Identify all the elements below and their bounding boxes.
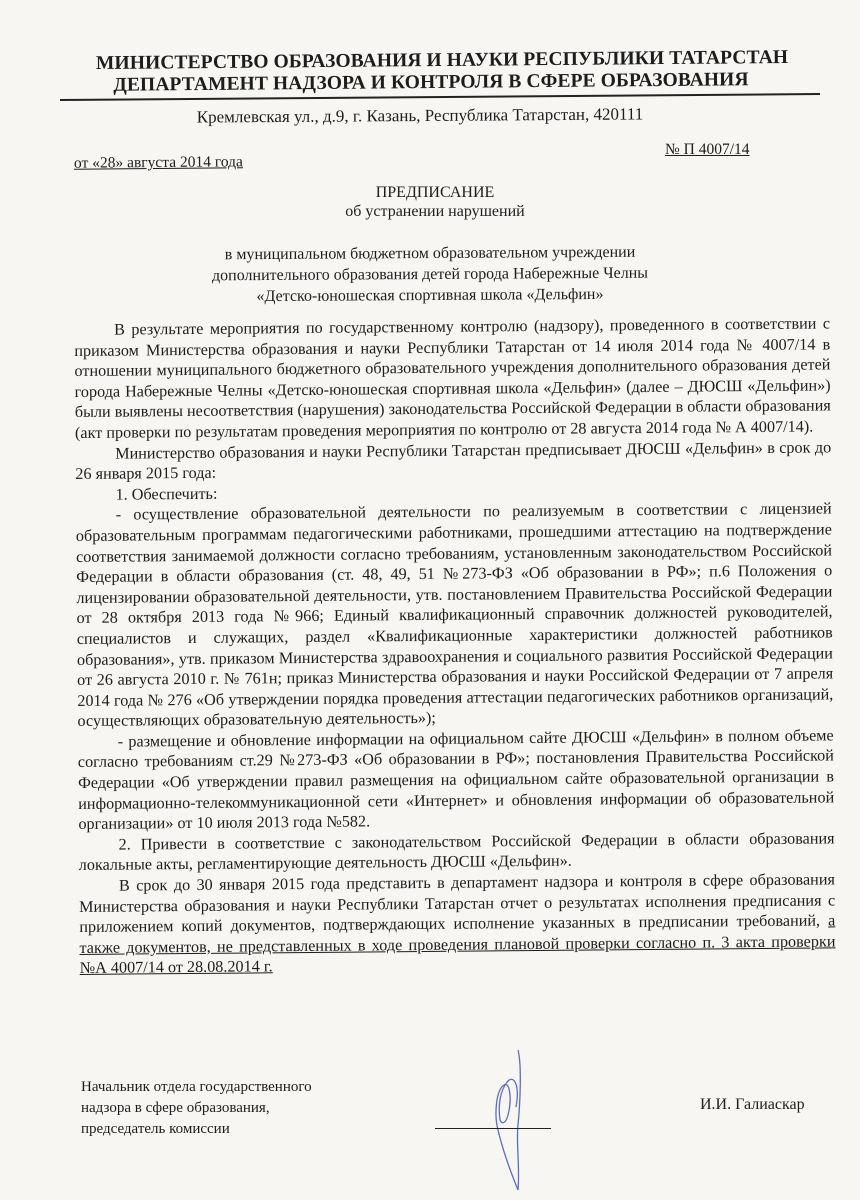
address: Кремлевская ул., д.9, г. Казань, Республ… — [140, 104, 700, 128]
signature-line — [435, 1128, 551, 1129]
signatory-position: Начальник отдела государственного надзор… — [81, 1077, 312, 1140]
institution-line: дополнительного образования детей города… — [0, 263, 860, 286]
report-text: В срок до 30 января 2015 года представит… — [79, 870, 835, 936]
institution-line: в муниципальном бюджетном образовательно… — [0, 242, 860, 265]
document-subtitle: об устранении нарушений — [5, 203, 860, 221]
intro-paragraph: В результате мероприятия по государствен… — [74, 313, 831, 443]
department-name: ДЕПАРТАМЕНТ НАДЗОРА И КОНТРОЛЯ В СФЕРЕ О… — [86, 69, 776, 97]
position-line: Начальник отдела государственного — [81, 1077, 312, 1098]
prescribes-paragraph: Министерство образования и науки Республ… — [75, 437, 831, 485]
item-1a-paragraph: - осуществление образовательной деятельн… — [76, 499, 834, 732]
document-body: В результате мероприятия по государствен… — [74, 313, 836, 979]
document-number: № П 4007/14 — [665, 141, 750, 159]
position-line: председатель комиссии — [81, 1119, 312, 1140]
item-1b-paragraph: - размещение и обновление информации на … — [78, 725, 835, 835]
handwritten-signature — [478, 1045, 538, 1195]
report-paragraph: В срок до 30 января 2015 года представит… — [79, 869, 836, 979]
document-date: от «28» августа 2014 года — [74, 153, 243, 172]
document-page: МИНИСТЕРСТВО ОБРАЗОВАНИЯ И НАУКИ РЕСПУБЛ… — [0, 0, 860, 1200]
document-title: ПРЕДПИСАНИЕ — [5, 184, 860, 202]
signer-name: И.И. Галиаскар — [700, 1096, 805, 1114]
position-line: надзора в сфере образования, — [81, 1098, 312, 1119]
item-2-paragraph: 2. Привести в соответствие с законодател… — [78, 828, 834, 876]
institution-line: «Детско-юношеская спортивная школа «Дель… — [0, 284, 860, 307]
